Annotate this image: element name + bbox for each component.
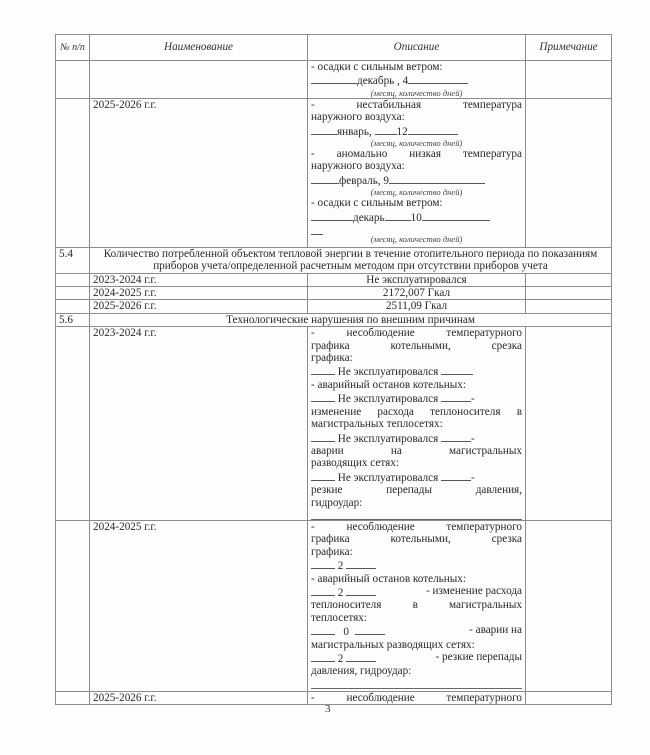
table-row: 2025-2026 г.г. 2511,09 Гкал [56, 300, 612, 313]
table-row: 2024-2025 г.г. - несоблюдение температур… [56, 520, 612, 691]
header-number: № п/п [56, 35, 90, 61]
section-row-5-4: 5.4 Количество потребленной объектом теп… [56, 247, 612, 273]
page-number: 3 [325, 703, 331, 715]
period-cell: 2025-2026 г.г. [90, 691, 308, 704]
section-number: 5.6 [56, 313, 90, 326]
description-cell: - несоблюдение температурного графика ко… [308, 327, 526, 521]
section-title: Технологические нарушения по внешним при… [90, 313, 612, 326]
data-table: № п/п Наименование Описание Примечание -… [55, 34, 612, 705]
table-row: 2025-2026 г.г. - нестабильная температур… [56, 98, 612, 247]
header-name: Наименование [90, 35, 308, 61]
table-row: - осадки с сильным ветром: декабрь , 4 (… [56, 61, 612, 99]
table-row: 2023-2024 г.г. Не эксплуатировался [56, 273, 612, 286]
description-cell: - осадки с сильным ветром: декабрь , 4 (… [308, 61, 526, 99]
period-cell: 2025-2026 г.г. [90, 98, 308, 247]
header-description: Описание [308, 35, 526, 61]
description-cell: - несоблюдение температурного графика ко… [308, 520, 526, 691]
section-title: Количество потребленной объектом теплово… [90, 247, 612, 273]
section-number: 5.4 [56, 247, 90, 273]
header-note: Примечание [526, 35, 612, 61]
table-row: 2024-2025 г.г. 2172,007 Гкал [56, 287, 612, 300]
period-cell: 2023-2024 г.г. [90, 327, 308, 521]
table-row: 2025-2026 г.г. - несоблюдение температур… [56, 691, 612, 704]
description-cell: - нестабильная температура наружного воз… [308, 98, 526, 247]
section-row-5-6: 5.6 Технологические нарушения по внешним… [56, 313, 612, 326]
document-page: № п/п Наименование Описание Примечание -… [0, 0, 650, 755]
description-cell: - несоблюдение температурного [308, 691, 526, 704]
table-header-row: № п/п Наименование Описание Примечание [56, 35, 612, 61]
period-cell: 2024-2025 г.г. [90, 520, 308, 691]
table-row: 2023-2024 г.г. - несоблюдение температур… [56, 327, 612, 521]
